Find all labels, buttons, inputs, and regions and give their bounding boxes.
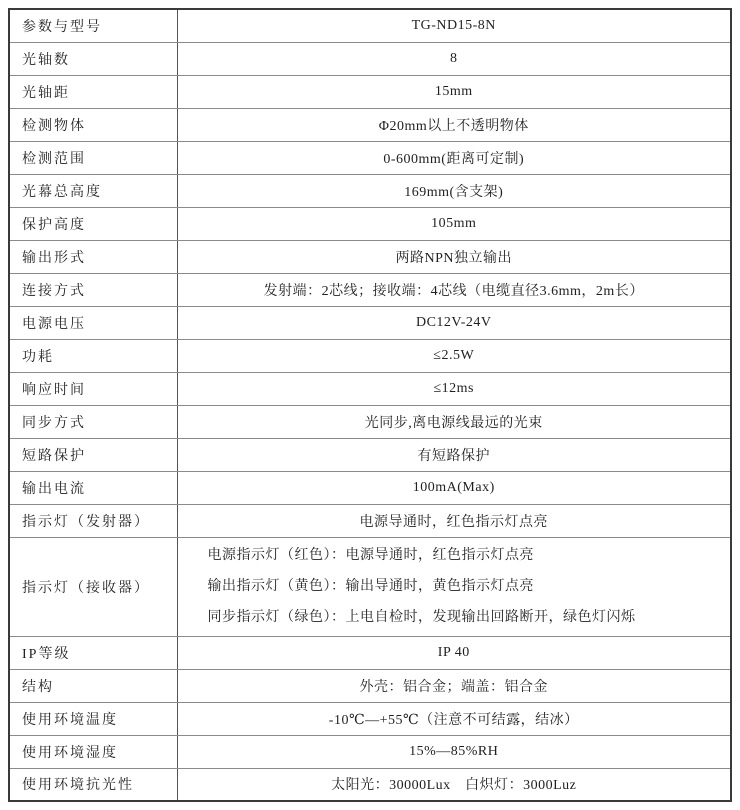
param-value: IP 40 — [177, 636, 731, 669]
indicator-line-output: 输出指示灯（黄色）：输出导通时，黄色指示灯点亮 — [208, 571, 727, 602]
param-value: 电源指示灯（红色）：电源导通时，红色指示灯点亮 输出指示灯（黄色）：输出导通时，… — [177, 537, 731, 636]
param-value: 0-600mm(距离可定制) — [177, 141, 731, 174]
param-label: 指示灯（接收器） — [9, 537, 177, 636]
param-value: ≤12ms — [177, 372, 731, 405]
table-row: 保护高度 105mm — [9, 207, 731, 240]
param-value: 电源导通时，红色指示灯点亮 — [177, 504, 731, 537]
param-label: 响应时间 — [9, 372, 177, 405]
param-value: 169mm(含支架) — [177, 174, 731, 207]
table-row: 电源电压 DC12V-24V — [9, 306, 731, 339]
param-value: 太阳光：30000Lux 白炽灯：3000Luz — [177, 768, 731, 801]
table-row: 检测范围 0-600mm(距离可定制) — [9, 141, 731, 174]
param-value: 有短路保护 — [177, 438, 731, 471]
param-label: 光轴数 — [9, 42, 177, 75]
table-row: 输出形式 两路NPN独立输出 — [9, 240, 731, 273]
param-label: 输出形式 — [9, 240, 177, 273]
param-label: 同步方式 — [9, 405, 177, 438]
param-value: Φ20mm以上不透明物体 — [177, 108, 731, 141]
param-value: 100mA(Max) — [177, 471, 731, 504]
table-row: 光轴数 8 — [9, 42, 731, 75]
table-row: 连接方式 发射端：2芯线；接收端：4芯线（电缆直径3.6mm，2m长） — [9, 273, 731, 306]
table-row: 使用环境温度 -10℃—+55℃（注意不可结露，结冰） — [9, 702, 731, 735]
table-row: 使用环境湿度 15%—85%RH — [9, 735, 731, 768]
param-value: 8 — [177, 42, 731, 75]
table-row: 输出电流 100mA(Max) — [9, 471, 731, 504]
param-value: 105mm — [177, 207, 731, 240]
indicator-line-sync: 同步指示灯（绿色）：上电自检时，发现输出回路断开，绿色灯闪烁 — [208, 602, 727, 633]
param-label: 使用环境温度 — [9, 702, 177, 735]
param-label: 功耗 — [9, 339, 177, 372]
param-value: TG-ND15-8N — [177, 9, 731, 42]
table-row: 检测物体 Φ20mm以上不透明物体 — [9, 108, 731, 141]
table-row: IP等级 IP 40 — [9, 636, 731, 669]
param-label: 使用环境湿度 — [9, 735, 177, 768]
param-label: 检测物体 — [9, 108, 177, 141]
param-value: 15%—85%RH — [177, 735, 731, 768]
table-row: 响应时间 ≤12ms — [9, 372, 731, 405]
param-label: 输出电流 — [9, 471, 177, 504]
param-label: 指示灯（发射器） — [9, 504, 177, 537]
indicator-line-power: 电源指示灯（红色）：电源导通时，红色指示灯点亮 — [208, 540, 727, 571]
spec-table: 参数与型号 TG-ND15-8N 光轴数 8 光轴距 15mm 检测物体 Φ20… — [8, 8, 732, 802]
table-row: 参数与型号 TG-ND15-8N — [9, 9, 731, 42]
param-label: 参数与型号 — [9, 9, 177, 42]
param-value: -10℃—+55℃（注意不可结露，结冰） — [177, 702, 731, 735]
param-value: 外壳：铝合金；端盖：铝合金 — [177, 669, 731, 702]
param-value: 两路NPN独立输出 — [177, 240, 731, 273]
param-label: 连接方式 — [9, 273, 177, 306]
table-row: 指示灯（发射器） 电源导通时，红色指示灯点亮 — [9, 504, 731, 537]
param-label: 保护高度 — [9, 207, 177, 240]
param-label: 电源电压 — [9, 306, 177, 339]
table-row: 功耗 ≤2.5W — [9, 339, 731, 372]
param-label: IP等级 — [9, 636, 177, 669]
table-row-receiver-indicators: 指示灯（接收器） 电源指示灯（红色）：电源导通时，红色指示灯点亮 输出指示灯（黄… — [9, 537, 731, 636]
table-row: 使用环境抗光性 太阳光：30000Lux 白炽灯：3000Luz — [9, 768, 731, 801]
table-row: 光轴距 15mm — [9, 75, 731, 108]
param-value: ≤2.5W — [177, 339, 731, 372]
table-row: 同步方式 光同步,离电源线最远的光束 — [9, 405, 731, 438]
param-label: 短路保护 — [9, 438, 177, 471]
param-label: 使用环境抗光性 — [9, 768, 177, 801]
table-row: 结构 外壳：铝合金；端盖：铝合金 — [9, 669, 731, 702]
param-value: 15mm — [177, 75, 731, 108]
table-row: 短路保护 有短路保护 — [9, 438, 731, 471]
param-label: 光幕总高度 — [9, 174, 177, 207]
param-label: 结构 — [9, 669, 177, 702]
param-value: 光同步,离电源线最远的光束 — [177, 405, 731, 438]
param-label: 光轴距 — [9, 75, 177, 108]
table-row: 光幕总高度 169mm(含支架) — [9, 174, 731, 207]
param-label: 检测范围 — [9, 141, 177, 174]
param-value: 发射端：2芯线；接收端：4芯线（电缆直径3.6mm，2m长） — [177, 273, 731, 306]
param-value: DC12V-24V — [177, 306, 731, 339]
